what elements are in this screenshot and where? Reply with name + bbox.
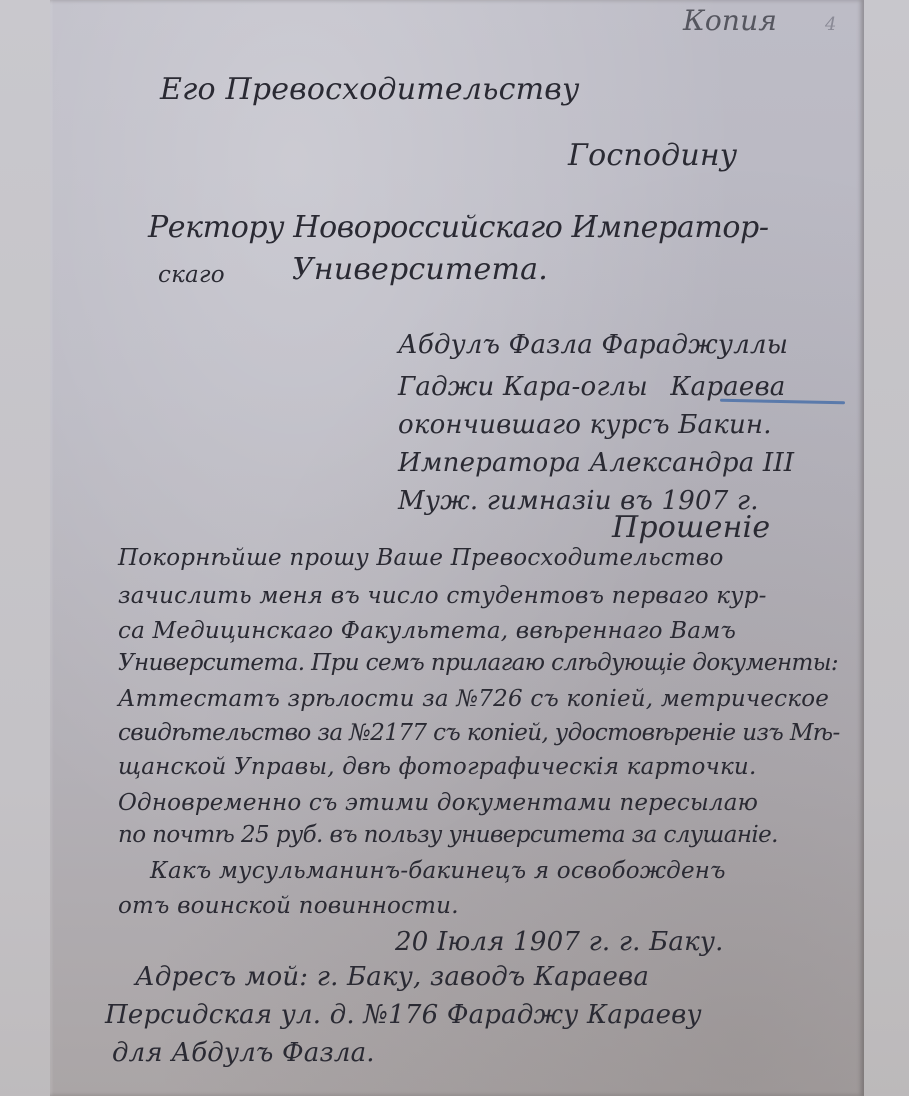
return-address-line-1: Адресъ мой: г. Баку, заводъ Караева: [135, 962, 649, 992]
address-line-2: Господину: [568, 138, 737, 173]
petition-title: Прошеніе: [612, 510, 770, 545]
address-line-4: Университета.: [292, 252, 548, 287]
body-line-8: Одновременно съ этими документами пересы…: [118, 790, 758, 816]
body-line-6: свидѣтельство за №2177 съ копіей, удосто…: [118, 720, 840, 746]
copy-mark: Копия: [683, 4, 777, 37]
exemption-line-2: отъ воинской повинности.: [118, 893, 459, 919]
body-line-7: щанской Управы, двѣ фотографическія карт…: [118, 754, 756, 780]
address-line-4-prefix: скаго: [158, 262, 225, 288]
body-line-4: Университета. При семъ прилагаю слѣдующі…: [118, 650, 838, 676]
petitioner-line-3: окончившаго курсъ Бакин.: [398, 410, 772, 440]
body-line-5: Аттестатъ зрѣлости за №726 съ копіей, ме…: [118, 686, 829, 712]
petitioner-name-line-1: Абдулъ Фазла Фараджуллы: [398, 330, 788, 360]
bottom-border: [0, 1096, 909, 1104]
body-line-9: по почтѣ 25 руб. въ пользу университета …: [118, 822, 778, 848]
petitioner-surname: Караева: [670, 372, 785, 402]
date-and-place: 20 Іюля 1907 г. г. Баку.: [395, 927, 724, 957]
petitioner-line-4: Императора Александра III: [398, 448, 794, 478]
body-line-1: Покорнѣйше прошу Ваше Превосходительство: [118, 545, 724, 571]
petitioner-name-prefix: Гаджи Кара-оглы: [398, 372, 648, 402]
left-margin-background: [0, 0, 50, 1104]
body-line-2: зачислить меня въ число студентовъ перва…: [118, 583, 767, 609]
right-margin-background: [864, 0, 909, 1104]
address-line-3: Ректору Новороссийскаго Император-: [148, 210, 769, 245]
address-line-1: Его Превосходительству: [160, 72, 580, 107]
page-number: 4: [825, 14, 837, 35]
petitioner-name-line-2: Гаджи Кара-оглы Караева: [398, 372, 786, 402]
body-line-3: са Медицинскаго Факультета, ввѣреннаго В…: [118, 618, 736, 644]
exemption-line-1: Какъ мусульманинъ-бакинецъ я освобожденъ: [150, 858, 726, 884]
return-address-line-3: для Абдулъ Фазла.: [112, 1038, 375, 1068]
return-address-line-2: Персидская ул. д. №176 Фараджу Караеву: [105, 1000, 702, 1030]
